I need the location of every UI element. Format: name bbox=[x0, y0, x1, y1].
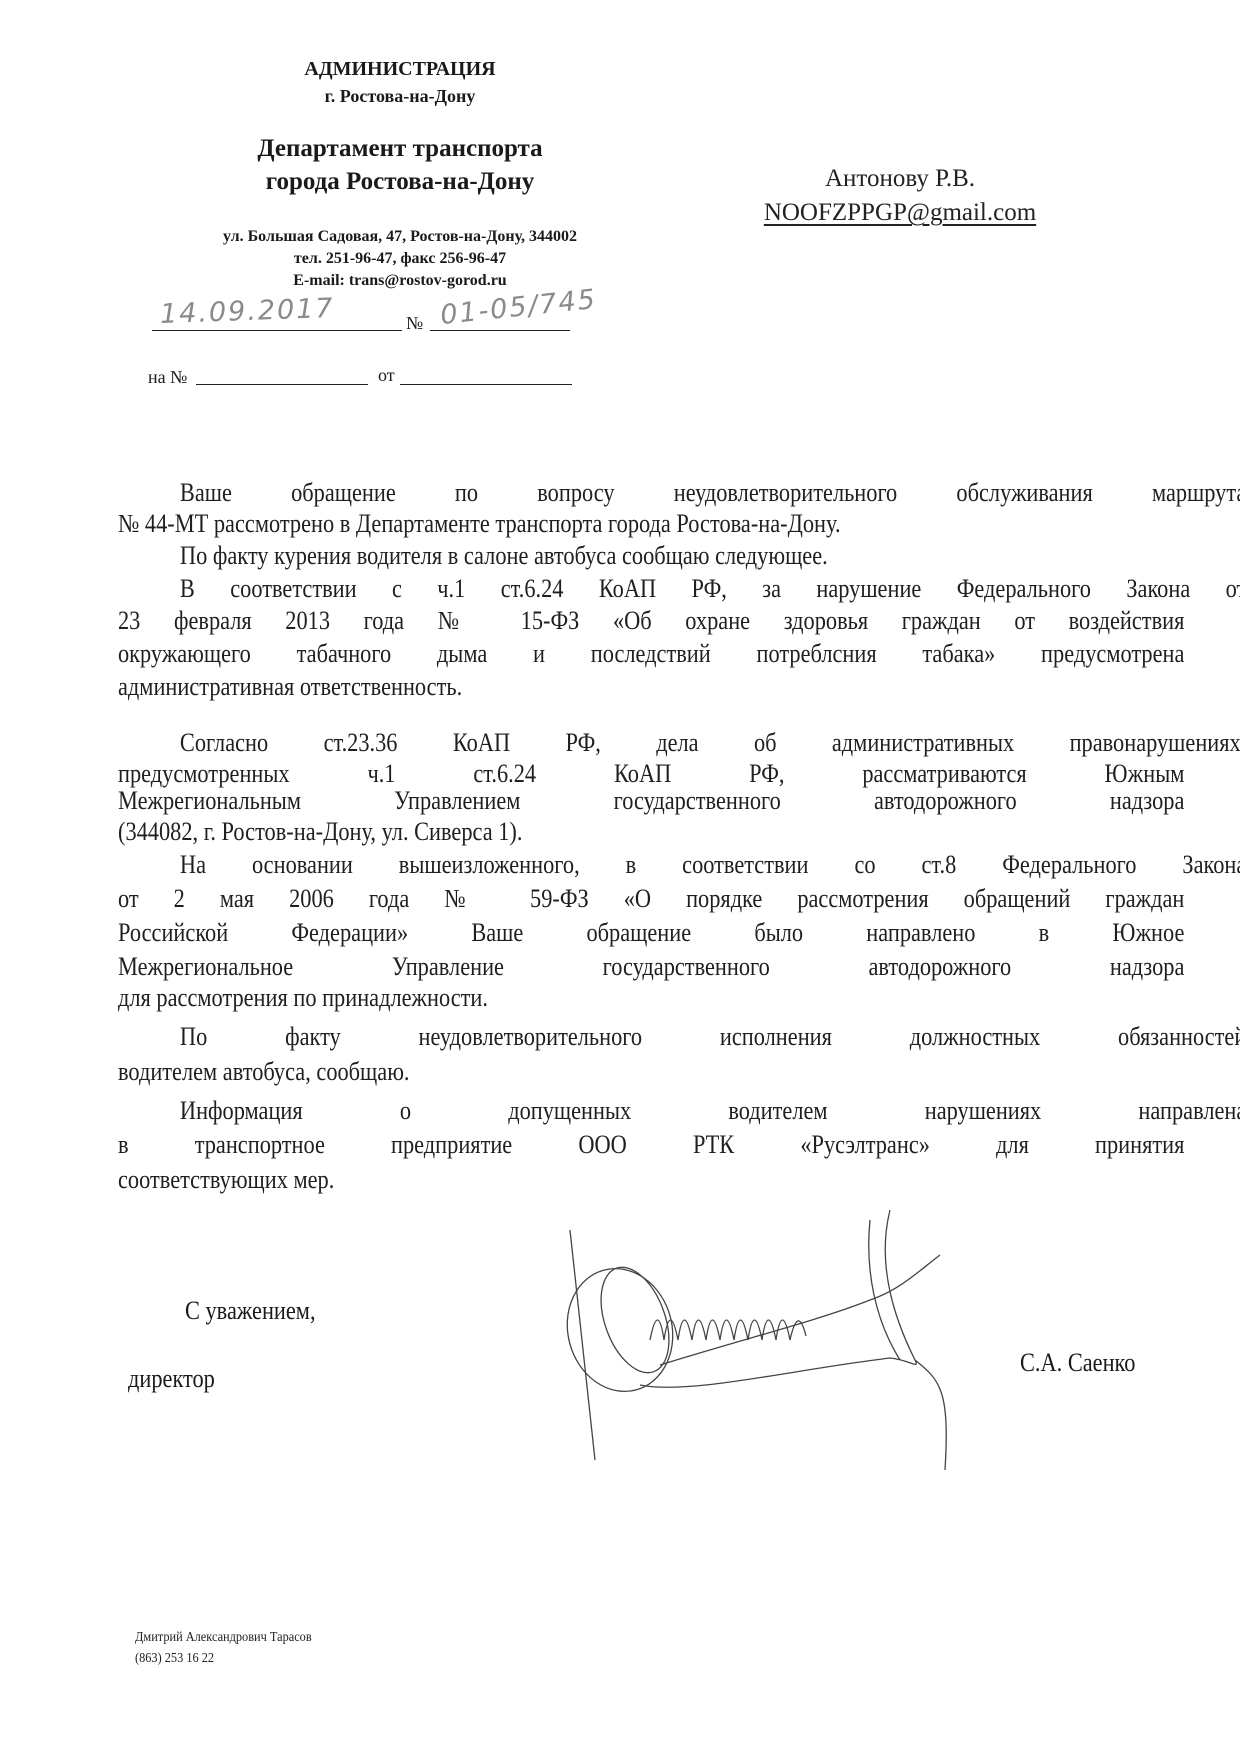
recipient-block: Антонову Р.В. NOOFZPPGP@gmail.com bbox=[700, 162, 1100, 230]
registration-date: 14.09.2017 bbox=[160, 293, 336, 330]
body-line: от 2 мая 2006 года № 59-ФЗ «О порядке ра… bbox=[118, 882, 1184, 915]
body-line: (344082, г. Ростов-на-Дону, ул. Сиверса … bbox=[118, 815, 1184, 848]
letterhead-contacts: ул. Большая Садовая, 47, Ростов-на-Дону,… bbox=[140, 226, 660, 292]
body-line: Российской Федерации» Ваше обращение был… bbox=[118, 916, 1184, 949]
from-underline bbox=[400, 384, 572, 385]
executor-name: Дмитрий Александрович Тарасов bbox=[135, 1630, 312, 1646]
department-line-2: города Ростова-на-Дону bbox=[150, 165, 650, 198]
executor-phone: (863) 253 16 22 bbox=[135, 1651, 214, 1667]
number-label: № bbox=[406, 313, 423, 334]
closing-regards: С уважением, bbox=[185, 1296, 316, 1326]
body-line: в транспортное предприятие ООО РТК «Русэ… bbox=[118, 1128, 1184, 1161]
letterhead-address: ул. Большая Садовая, 47, Ростов-на-Дону,… bbox=[140, 226, 660, 248]
recipient-email[interactable]: NOOFZPPGP@gmail.com bbox=[700, 196, 1100, 230]
body-line: Межрегиональное Управление государственн… bbox=[118, 950, 1184, 983]
number-underline bbox=[430, 330, 570, 331]
letterhead-department: Департамент транспорта города Ростова-на… bbox=[150, 132, 650, 198]
body-line: По факту курения водителя в салоне автоб… bbox=[118, 539, 1240, 572]
body-line: Информация о допущенных водителем наруше… bbox=[118, 1094, 1240, 1127]
signatory-name: С.А. Саенко bbox=[1020, 1348, 1135, 1378]
body-line: 23 февраля 2013 года № 15-ФЗ «Об охране … bbox=[118, 604, 1184, 637]
reply-to-label: на № bbox=[148, 367, 187, 388]
body-line: административная ответственность. bbox=[118, 670, 1184, 703]
body-line: соответствующих мер. bbox=[118, 1163, 1184, 1196]
body-line: № 44-МТ рассмотрено в Департаменте транс… bbox=[118, 507, 1184, 540]
signature-icon bbox=[540, 1210, 1000, 1470]
body-line: водителем автобуса, сообщаю. bbox=[118, 1055, 1184, 1088]
body-line: Ваше обращение по вопросу неудовлетворит… bbox=[118, 476, 1240, 509]
from-label: от bbox=[378, 365, 395, 386]
date-underline bbox=[152, 330, 402, 331]
body-line: для рассмотрения по принадлежности. bbox=[118, 981, 1184, 1014]
letterhead-phones: тел. 251-96-47, факс 256-96-47 bbox=[140, 248, 660, 270]
body-line: Согласно ст.23.36 КоАП РФ, дела об админ… bbox=[118, 726, 1240, 759]
reply-to-underline bbox=[196, 384, 368, 385]
body-line: На основании вышеизложенного, в соответс… bbox=[118, 848, 1240, 881]
closing-position: директор bbox=[128, 1364, 215, 1394]
letterhead-org: АДМИНИСТРАЦИЯ bbox=[150, 58, 650, 81]
body-line: В соответствии с ч.1 ст.6.24 КоАП РФ, за… bbox=[118, 572, 1240, 605]
department-line-1: Департамент транспорта bbox=[150, 132, 650, 165]
body-line: По факту неудовлетворительного исполнени… bbox=[118, 1020, 1240, 1053]
letterhead-city: г. Ростова-на-Дону bbox=[150, 86, 650, 107]
body-line: окружающего табачного дыма и последствий… bbox=[118, 637, 1184, 670]
recipient-name: Антонову Р.В. bbox=[700, 162, 1100, 196]
body-line: Межрегиональным Управлением государствен… bbox=[118, 784, 1184, 817]
